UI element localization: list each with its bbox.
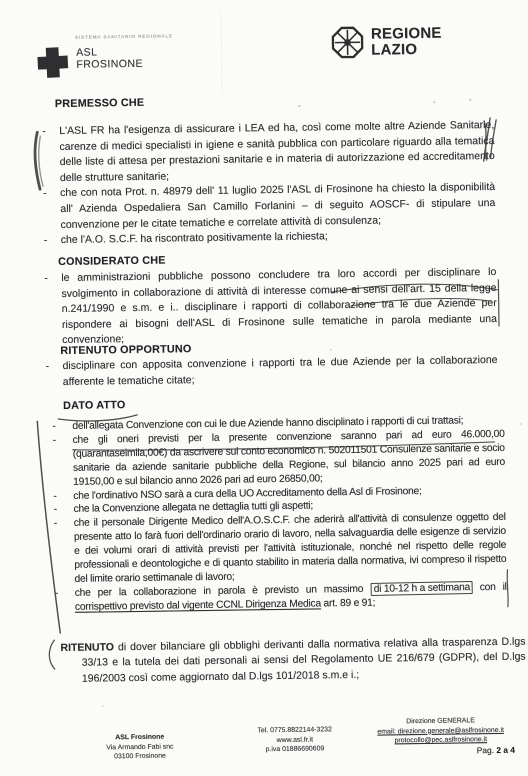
document-content: SISTEMA SANITARIO REGIONALE ASL FROSINON…: [0, 0, 528, 776]
page-number: Pag. 2 a 4: [435, 745, 515, 756]
premesso-bullet-list: - L'ASL FR ha l'esigenza di assicurare i…: [42, 118, 496, 249]
footer-direction-block: Direzione GENERALE email: direzione.gene…: [356, 716, 524, 747]
medical-cross-icon: [35, 45, 70, 80]
bullet-item: - che il personale Dirigente Medico dell…: [54, 511, 507, 587]
page-number-label: Pag.: [477, 745, 494, 755]
bullet-dash: -: [53, 489, 73, 503]
ritenuto-lead: RITENUTO: [60, 641, 114, 654]
dato-atto-bullet-list: - dell'allegata Convenzione con cui le d…: [52, 414, 507, 615]
bullet-text-part: art. 89 e 91;: [321, 597, 375, 609]
pen-vline-right-considerato: [498, 280, 499, 326]
pen-box-hours-annotation: di 10-12 h a settimana: [370, 581, 473, 596]
bullet-dash: -: [44, 271, 62, 349]
section-heading-dato-atto: DATO ATTO: [63, 399, 126, 412]
bullet-text: che l'A.O. S.C.F. ha riscontrato positiv…: [61, 229, 328, 248]
bullet-text: che con nota Prot. n. 48979 dell' 11 lug…: [60, 180, 496, 233]
bullet-dash: -: [45, 359, 62, 390]
bullet-text: le amministrazioni pubbliche possono con…: [61, 265, 497, 349]
ssr-text: SISTEMA SANITARIO REGIONALE: [75, 33, 173, 39]
page-number-value: 2 a 4: [496, 745, 515, 755]
pen-bracket-ritenuto: [49, 640, 55, 669]
bullet-text-part: con il: [473, 582, 507, 593]
pen-stroke-left-margin-premesso: [35, 132, 40, 189]
bullet-dash: -: [54, 517, 75, 587]
pen-underline-ccnl: corrispettivo previsto dal vigente CCNL …: [75, 598, 321, 612]
bullet-item: - disciplinare con apposita convenzione …: [45, 353, 497, 390]
bullet-text: L'ASL FR ha l'esigenza di assicurare i L…: [59, 118, 495, 186]
ritenuto-text: di dover bilanciare gli obblighi derivan…: [82, 636, 526, 685]
bullet-dash: -: [52, 434, 73, 490]
bullet-dash: -: [43, 186, 61, 233]
section-heading-premesso: PREMESSO CHE: [55, 97, 145, 110]
scanned-document-page: SISTEMA SANITARIO REGIONALE ASL FROSINON…: [0, 0, 528, 776]
bullet-dash: -: [44, 233, 61, 249]
regione-lazio-crest-icon: [331, 26, 364, 59]
section-heading-ritenuto-opportuno: RITENUTO OPPORTUNO: [60, 343, 191, 357]
footer-address-block: ASL Frosinone Via Armando Fabi snc 03100…: [80, 732, 200, 762]
asl-frosinone-logo-text: ASL FROSINONE: [76, 47, 143, 71]
pen-vline-right-settimana: [507, 570, 508, 607]
footer-piva: p.iva 01886690609: [230, 744, 360, 755]
section-heading-considerato: CONSIDERATO CHE: [58, 255, 166, 269]
bullet-item: - che per la collaborazione in parola è …: [55, 581, 507, 615]
bullet-text: che gli oneri previsti per la presente c…: [72, 428, 505, 490]
bullet-item: - L'ASL FR ha l'esigenza di assicurare i…: [42, 118, 495, 187]
bullet-dash: -: [53, 503, 73, 517]
scan-fold-line: [221, 12, 223, 96]
bullet-text: disciplinare con apposita convenzione i …: [62, 353, 497, 390]
bullet-item: - che gli oneri previsti per la presente…: [52, 428, 505, 490]
ritenuto-paragraph: RITENUTO di dover bilanciare gli obbligh…: [60, 635, 526, 688]
bullet-item: - le amministrazioni pubbliche possono c…: [44, 265, 497, 349]
bullet-dash: -: [52, 420, 72, 434]
footer-contact-block: Tel. 0775.8822144-3232 www.asl.fr.it p.i…: [230, 725, 360, 756]
ritenuto-opportuno-bullet-list: - disciplinare con apposita convenzione …: [45, 353, 497, 390]
footer-city: 03100 Frosinone: [80, 751, 200, 762]
regione-line1: REGIONE: [371, 26, 442, 42]
bullet-dash: -: [55, 587, 75, 615]
considerato-bullet-list: - le amministrazioni pubbliche possono c…: [44, 265, 497, 349]
bullet-text-part: che per la collaborazione in parola è pr…: [75, 584, 371, 599]
regione-line2: LAZIO: [371, 41, 442, 57]
asl-line2: FROSINONE: [76, 58, 143, 71]
bullet-text: che il personale Dirigente Medico dell'A…: [74, 511, 507, 587]
regione-lazio-logo-text: REGIONE LAZIO: [371, 26, 442, 58]
bullet-item: - che con nota Prot. n. 48979 dell' 11 l…: [43, 180, 496, 233]
bullet-dash: -: [42, 124, 60, 187]
bullet-text: che per la collaborazione in parola è pr…: [75, 581, 507, 615]
